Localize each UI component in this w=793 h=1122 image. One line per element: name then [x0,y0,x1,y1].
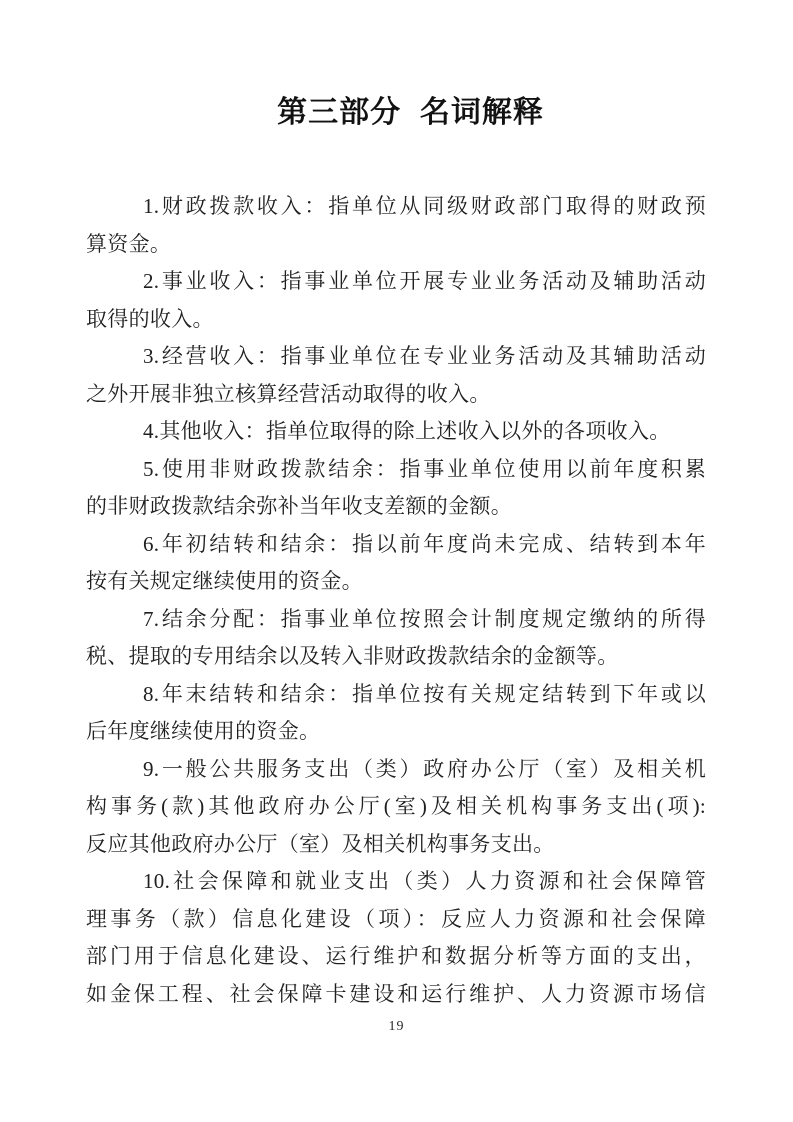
paragraph-line: 10.社会保障和就业支出（类）人力资源和社会保障管 [86,863,706,901]
paragraph-line: 构事务(款)其他政府办公厅(室)及相关机构事务支出(项): [86,788,706,826]
document-page: 第三部分 名词解释 1.财政拨款收入：指单位从同级财政部门取得的财政预算资金。2… [0,0,793,1122]
document-title: 第三部分 名词解释 [14,0,793,132]
paragraph: 10.社会保障和就业支出（类）人力资源和社会保障管理事务（款）信息化建设（项）：… [86,863,706,1013]
paragraph: 8.年末结转和结余：指单位按有关规定结转到下年或以后年度继续使用的资金。 [86,676,706,751]
paragraph-line: 8.年末结转和结余：指单位按有关规定结转到下年或以 [86,676,706,714]
paragraph-line: 7.结余分配：指事业单位按照会计制度规定缴纳的所得 [86,601,706,639]
paragraph-line: 1.财政拨款收入：指单位从同级财政部门取得的财政预 [86,188,706,226]
paragraph-line: 9.一般公共服务支出（类）政府办公厅（室）及相关机 [86,751,706,789]
paragraph: 6.年初结转和结余：指以前年度尚未完成、结转到本年按有关规定继续使用的资金。 [86,526,706,601]
paragraph-line: 税、提取的专用结余以及转入非财政拨款结余的金额等。 [86,638,706,676]
paragraph-line: 取得的收入。 [86,301,706,339]
paragraph: 9.一般公共服务支出（类）政府办公厅（室）及相关机构事务(款)其他政府办公厅(室… [86,751,706,864]
paragraph: 7.结余分配：指事业单位按照会计制度规定缴纳的所得税、提取的专用结余以及转入非财… [86,601,706,676]
paragraph: 3.经营收入：指事业单位在专业业务活动及其辅助活动之外开展非独立核算经营活动取得… [86,338,706,413]
paragraph-line: 6.年初结转和结余：指以前年度尚未完成、结转到本年 [86,526,706,564]
paragraph-line: 部门用于信息化建设、运行维护和数据分析等方面的支出， [86,938,706,976]
paragraph-line: 4.其他收入：指单位取得的除上述收入以外的各项收入。 [86,413,706,451]
paragraph-line: 算资金。 [86,226,706,264]
paragraph: 4.其他收入：指单位取得的除上述收入以外的各项收入。 [86,413,706,451]
document-body: 1.财政拨款收入：指单位从同级财政部门取得的财政预算资金。2.事业收入：指事业单… [86,188,706,1013]
paragraph: 5.使用非财政拨款结余：指事业单位使用以前年度积累的非财政拨款结余弥补当年收支差… [86,451,706,526]
paragraph: 2.事业收入：指事业单位开展专业业务活动及辅助活动取得的收入。 [86,263,706,338]
paragraph-line: 的非财政拨款结余弥补当年收支差额的金额。 [86,488,706,526]
paragraph-line: 2.事业收入：指事业单位开展专业业务活动及辅助活动 [86,263,706,301]
paragraph-line: 理事务（款）信息化建设（项）：反应人力资源和社会保障 [86,901,706,939]
paragraph-line: 如金保工程、社会保障卡建设和运行维护、人力资源市场信 [86,976,706,1014]
paragraph-line: 之外开展非独立核算经营活动取得的收入。 [86,376,706,414]
paragraph-line: 按有关规定继续使用的资金。 [86,563,706,601]
paragraph-line: 3.经营收入：指事业单位在专业业务活动及其辅助活动 [86,338,706,376]
paragraph-line: 反应其他政府办公厅（室）及相关机构事务支出。 [86,826,706,864]
page-number: 19 [0,1019,793,1035]
paragraph: 1.财政拨款收入：指单位从同级财政部门取得的财政预算资金。 [86,188,706,263]
paragraph-line: 5.使用非财政拨款结余：指事业单位使用以前年度积累 [86,451,706,489]
paragraph-line: 后年度继续使用的资金。 [86,713,706,751]
